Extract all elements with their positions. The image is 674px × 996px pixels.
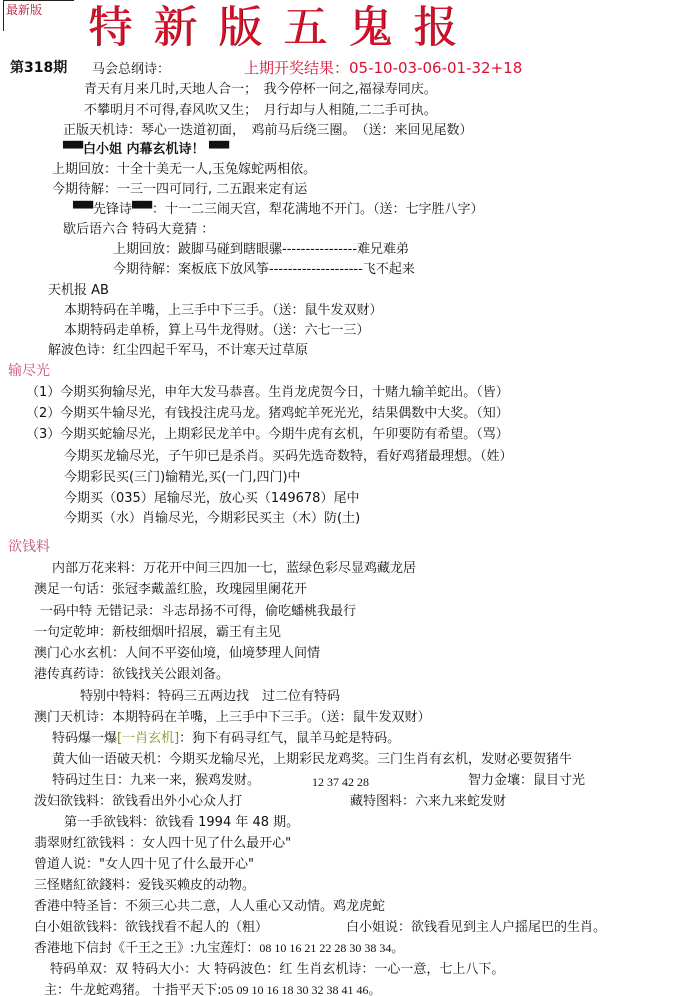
hk-letter-numbers: 08 10 16 21 22 28 30 38 34。 <box>259 941 403 955</box>
horse-poem-label: 马会总纲诗： <box>92 63 170 76</box>
money-hk-letter: 香港地下信封《千王之王》:九宝莲灯：08 10 16 21 22 28 30 3… <box>34 942 403 955</box>
money-taoist: 曾道人说："女人四十见了什么最开心" <box>34 858 254 871</box>
money-macau-heart: 澳门心水玄机：人间不平姿仙境，仙境梦理人间情 <box>34 647 320 660</box>
tianjibao-line2: 本期特码走单桥，算上马牛龙得财。（送：六七一三） <box>64 324 370 337</box>
money-hk-decree: 香港中特圣旨：不须三心共二意，人人重心又动情。鸡龙虎蛇 <box>34 900 385 913</box>
last-result: 上期开奖结果：05-10-03-06-01-32+18 <box>244 61 522 76</box>
money-burst: 特码爆一爆[一肖玄机]：狗下有码寻红气，鼠羊马蛇是特码。 <box>52 732 400 745</box>
zhengban-poem: 正版天机诗：琴心一迭道初面， 鸡前马后绕三圈。 （送：来回见尾数） <box>63 124 473 137</box>
money-shrew: 泼妇欲钱料：欲钱看出外小心众人打 <box>34 795 242 808</box>
tianjibao-line1: 本期特码在羊嘴，上三手中下三手。（送：鼠牛发双财） <box>64 304 383 317</box>
wave-poem: 解波色诗：红尘四起千军马，不计寒天过草原 <box>48 344 308 357</box>
xiehouyu-this: 今期待解：案板底下放风筝--------------------飞不起来 <box>113 263 415 276</box>
money-first-hand: 第一手欲钱料：欲钱看 1994 年 48 期。 <box>64 816 299 829</box>
money-one-code: 一码中特 无错记录：斗志昂扬不可得，偷吃蟠桃我最行 <box>40 605 356 618</box>
edition-label: 最新版 <box>6 4 42 16</box>
money-wong: 黄大仙一语破天机：今期买龙输尽光，上期彩民龙鸡奖。三门生肖有玄机，发财必要贺猪牛 <box>52 753 572 766</box>
last-result-numbers: 05-10-03-06-01-32+18 <box>349 59 522 77</box>
lose-item-2: （2）今期买牛输尽光，有钱投注虎马龙。猪鸡蛇羊死光光，结果偶数中大奖。（知） <box>26 407 509 420</box>
baixiaojie-title: ▀▀白小姐 内幕玄机诗！ ▀▀ <box>63 143 229 156</box>
last-result-label: 上期开奖结果： <box>244 59 349 77</box>
money-one-sentence: 一句定乾坤：新枝细烟叶招展，霸王有主见 <box>34 626 281 639</box>
pioneer-poem: ▀▀先锋诗▀▀：十一二三闹天宫，犁花满地不开门。（送：七字胜八字） <box>73 203 484 216</box>
main-numbers: 05 09 10 16 18 30 32 38 41 46。 <box>222 983 381 996</box>
money-jade: 翡翠财红欲钱料 ：女人四十见了什么最开心" <box>34 837 291 850</box>
money-wisdom: 智力金壤：鼠目寸光 <box>468 774 585 787</box>
page-title: 特新版五鬼报 <box>88 6 478 50</box>
money-birthday-numbers: 12 37 42 28 <box>312 776 369 788</box>
money-macau-tianji: 澳门天机诗：本期特码在羊嘴，上三手中下三手。（送：鼠牛发双财） <box>34 711 431 724</box>
money-odd-even: 特码单双：双 特码大小：大 特码波色：红 生肖玄机诗：一心一意，七上八下。 <box>50 963 504 976</box>
money-birthday: 特码过生日：九来一来，猴鸡发财。 <box>52 774 260 787</box>
lose-item-3: （3）今期买蛇输尽光，上期彩民龙羊中。今期牛虎有玄机，午卯要防有希望。（骂） <box>26 428 509 441</box>
section-title-lose: 输尽光 <box>8 364 50 378</box>
money-main: 主：牛龙蛇鸡猪。 十指平天下:05 09 10 16 18 30 32 38 4… <box>44 984 381 996</box>
section-title-money: 欲钱料 <box>8 540 50 554</box>
lose-extra-1: 今期买龙输尽光，子午卯已是杀肖。买码先选奇数特，看好鸡猪最理想。（姓） <box>64 450 513 463</box>
horse-poem-line1: 青天有月来几时,天地人合一； 我今停杯一问之,福禄寿同庆。 <box>84 83 437 96</box>
last-review: 上期回放：十全十美无一人,玉兔嫁蛇两相依。 <box>52 163 316 176</box>
money-macau-one: 澳足一句话：张冠李戴盖红脸，玫瑰园里阑花开 <box>34 583 307 596</box>
money-monsters: 三怪赌紅欲錢料：爱钱买赖皮的动物。 <box>34 879 255 892</box>
money-special: 特别中特料：特码三五两边找 过二位有特码 <box>80 690 340 703</box>
lose-extra-4: 今期买（水）肖输尽光，今期彩民买主（木）防(土) <box>64 512 360 525</box>
lose-extra-2: 今期彩民买(三门)输精光,买(一门,四门)中 <box>64 471 301 484</box>
this-solve: 今期待解：一三一四可同行, 二五跟来定有运 <box>52 183 307 196</box>
tianjibao-title: 天机报 AB <box>48 284 109 297</box>
xiehouyu-last: 上期回放：跛脚马碰到瞎眼骡----------------难兄难弟 <box>113 243 409 256</box>
money-bai-says: 白小姐说：欲钱看见到主人户摇尾巴的生肖。 <box>346 921 606 934</box>
xiehouyu-title: 歇后语六合 特码大竟猜 ： <box>63 223 214 236</box>
lose-extra-3: 今期买（035）尾输尽光，放心买（149678）尾中 <box>64 492 359 505</box>
issue-number: 第318期 <box>10 61 67 75</box>
lose-item-1: （1）今期买狗输尽光，申年大发马恭喜。生肖龙虎贺今日，十赌九输羊蛇出。（皆） <box>26 386 509 399</box>
money-hk-medicine: 港传真药诗：欲钱找关公跟刘备。 <box>34 668 229 681</box>
money-hidden: 藏特图料：六来九来蛇发财 <box>350 795 506 808</box>
burst-bracket: [一肖玄机] <box>117 731 179 746</box>
horse-poem-line2: 不攀明月不可得,春风吹又生； 月行却与人相随,二二手可执。 <box>84 104 437 117</box>
money-inner: 内部万花来料：万花开中间三四加一七，蓝绿色彩尽显鸡藏龙居 <box>52 562 416 575</box>
money-bai-money: 白小姐欲钱料：欲钱找看不起人的（粗） <box>34 921 268 934</box>
